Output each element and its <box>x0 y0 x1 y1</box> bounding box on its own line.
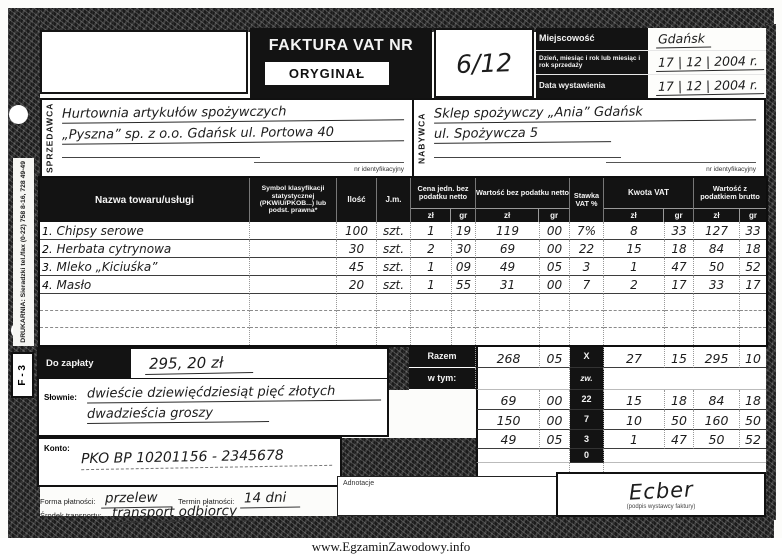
seller-id-line <box>254 162 404 163</box>
seller-section: SPRZEDAWCA Hurtownia artykułów spożywczy… <box>42 100 414 176</box>
item-price-gr: 30 <box>452 240 476 258</box>
item-net-gr: 00 <box>540 276 570 294</box>
item-net-gr: 00 <box>540 222 570 240</box>
words-line2: dwadzieścia groszy <box>87 405 269 424</box>
item-rate: 3 <box>570 258 604 276</box>
wtym-label: w tym: <box>409 368 476 390</box>
b22-vat-zl: 15 <box>604 390 665 410</box>
item-lp: 4. <box>42 279 53 292</box>
seller-id-label: nr identyfikacyjny <box>354 166 404 173</box>
copy-type-label: ORYGINAŁ <box>265 62 389 85</box>
item-gross-gr: 18 <box>740 240 766 258</box>
summary-rate3-row: 49 05 3 1 47 50 52 <box>409 430 766 449</box>
col-unit: J.m. <box>377 178 411 222</box>
signature-caption: (podpis wystawcy faktury) <box>627 504 696 510</box>
item-vat-zl: 15 <box>604 240 665 258</box>
words-label: Słownie: <box>44 393 77 402</box>
amount-due-value: 295, 20 zł <box>145 353 254 375</box>
col-net-gr: gr <box>539 209 569 222</box>
items-table-header: Nazwa towaru/usługi Symbol klasyfikacji … <box>40 178 766 222</box>
b7-rate: 7 <box>570 410 604 430</box>
wtym-net <box>476 368 570 390</box>
form-code-box: F - 3 <box>11 352 34 398</box>
item-gross-zl: 127 <box>694 222 740 240</box>
item-unit: szt. <box>377 258 411 276</box>
item-symbol <box>250 258 337 276</box>
wtym-rest <box>604 368 766 390</box>
col-name: Nazwa towaru/usługi <box>40 178 250 222</box>
notes-label: Adnotacje <box>343 480 374 487</box>
col-net-group: Wartość bez podatku netto zł gr <box>476 178 570 222</box>
transport-label: Środek transportu: <box>40 511 102 522</box>
buyer-line2: ul. Spożywcza 5 <box>434 125 611 144</box>
b3-gross-zl: 50 <box>694 430 740 449</box>
razem-vat-gr: 15 <box>665 345 694 368</box>
col-qty: Ilość <box>337 178 377 222</box>
item-price-zl: 1 <box>411 276 452 294</box>
col-price-zl: zł <box>411 209 451 222</box>
item-price-gr: 55 <box>452 276 476 294</box>
col-vat-group: Kwota VAT zł gr <box>604 178 694 222</box>
buyer-line1: Sklep spożywczy „Ania” Gdańsk <box>434 103 756 123</box>
invoice-title-box: FAKTURA VAT NR ORYGINAŁ <box>250 28 432 98</box>
item-vat-gr: 33 <box>665 222 694 240</box>
item-unit: szt. <box>377 276 411 294</box>
transport-value: transport odbiorcy <box>108 503 251 523</box>
item-qty: 100 <box>337 222 377 240</box>
razem-gross-zl: 295 <box>694 345 740 368</box>
watermark-text: www.EgzaminZawodowy.info <box>312 539 471 555</box>
seller-blank-line <box>62 147 260 158</box>
b22-gross-zl: 84 <box>694 390 740 410</box>
seller-line1: Hurtownia artykułów spożywczych <box>62 103 404 124</box>
item-row-2: 2.Herbata cytrynowa 30 szt. 2 30 69 00 2… <box>40 240 766 258</box>
parties-section: SPRZEDAWCA Hurtownia artykułów spożywczy… <box>40 98 766 178</box>
buyer-blank-line <box>434 147 621 158</box>
item-net-zl: 119 <box>476 222 540 240</box>
b7-gross-zl: 160 <box>694 410 740 430</box>
razem-net-zl: 268 <box>476 345 540 368</box>
item-gross-gr: 33 <box>740 222 766 240</box>
issue-date-value: 17 | 12 | 2004 r. <box>656 77 764 96</box>
item-net-zl: 49 <box>476 258 540 276</box>
buyer-section: NABYWCA Sklep spożywczy „Ania” Gdańsk ul… <box>414 100 764 176</box>
b3-net-zl: 49 <box>476 430 540 449</box>
item-vat-zl: 2 <box>604 276 665 294</box>
col-vat: Kwota VAT <box>604 178 693 208</box>
issuer-signature: Ecber <box>628 477 694 504</box>
meta-place-row: Miejscowość Gdańsk <box>536 28 766 51</box>
b0-rest <box>604 449 766 463</box>
b22-vat-gr: 18 <box>665 390 694 410</box>
razem-net-gr: 05 <box>540 345 570 368</box>
issue-date-label: Data wystawienia <box>536 75 648 98</box>
b22-rate: 22 <box>570 390 604 410</box>
buyer-id-line <box>606 162 756 163</box>
item-symbol <box>250 276 337 294</box>
b7-gross-gr: 50 <box>740 410 766 430</box>
b7-net-zl: 150 <box>476 410 540 430</box>
item-vat-gr: 17 <box>665 276 694 294</box>
item-row-empty <box>40 311 766 328</box>
razem-gross-gr: 10 <box>740 345 766 368</box>
col-rate: Stawka VAT % <box>570 178 604 222</box>
b3-gross-gr: 52 <box>740 430 766 449</box>
item-unit: szt. <box>377 240 411 258</box>
item-qty: 20 <box>337 276 377 294</box>
col-symbol: Symbol klasyfikacji statystycznej (PKWiU… <box>250 178 337 222</box>
razem-vat-zl: 27 <box>604 345 665 368</box>
b22-net-gr: 00 <box>540 390 570 410</box>
b3-net-gr: 05 <box>540 430 570 449</box>
col-gross-gr: gr <box>740 209 766 222</box>
item-gross-gr: 52 <box>740 258 766 276</box>
seller-line2: „Pyszna” sp. z o.o. Gdańsk ul. Portowa 4… <box>62 124 404 145</box>
item-lp: 1. <box>42 225 53 238</box>
x-label: X <box>570 345 604 368</box>
b7-net-gr: 00 <box>540 410 570 430</box>
summary-rate7-row: 150 00 7 10 50 160 50 <box>409 410 766 430</box>
item-row-3: 3.Mleko „Kiciuśka” 45 szt. 1 09 49 05 3 … <box>40 258 766 276</box>
b3-vat-gr: 47 <box>665 430 694 449</box>
item-price-zl: 1 <box>411 222 452 240</box>
b7-vat-gr: 50 <box>665 410 694 430</box>
item-symbol <box>250 240 337 258</box>
summary-razem-row: Razem 268 05 X 27 15 295 10 <box>409 345 766 368</box>
b3-vat-zl: 1 <box>604 430 665 449</box>
place-label: Miejscowość <box>536 28 648 50</box>
hole-punch <box>9 105 28 124</box>
amount-in-words: Słownie: dwieście dziewięćdziesiąt pięć … <box>39 385 387 443</box>
account-value: PKO BP 10201156 - 2345678 <box>81 447 332 470</box>
item-vat-gr: 18 <box>665 240 694 258</box>
item-price-zl: 1 <box>411 258 452 276</box>
signature-box: Ecber (podpis wystawcy faktury) <box>556 472 766 517</box>
col-net: Wartość bez podatku netto <box>476 178 569 208</box>
item-gross-zl: 84 <box>694 240 740 258</box>
item-name: Mleko „Kiciuśka” <box>57 260 158 274</box>
invoice-meta-box: Miejscowość Gdańsk Dzień, miesiąc i rok … <box>536 28 766 98</box>
transport-row: Środek transportu: transport odbiorcy <box>40 505 251 522</box>
amount-due-row: Do zapłaty 295, 20 zł <box>39 349 387 379</box>
meta-issue-date-row: Data wystawienia 17 | 12 | 2004 r. <box>536 75 766 98</box>
item-name: Chipsy serowe <box>57 224 144 238</box>
item-unit: szt. <box>377 222 411 240</box>
buyer-label: NABYWCA <box>414 100 429 176</box>
col-gross-group: Wartość z podatkiem brutto zł gr <box>694 178 766 222</box>
item-gross-gr: 17 <box>740 276 766 294</box>
invoice-number: 6/12 <box>455 48 512 79</box>
item-price-gr: 09 <box>452 258 476 276</box>
item-qty: 30 <box>337 240 377 258</box>
form-code-text: F - 3 <box>17 365 28 386</box>
item-price-gr: 19 <box>452 222 476 240</box>
item-rate: 7 <box>570 276 604 294</box>
col-price-group: Cena jedn. bez podatku netto zł gr <box>411 178 476 222</box>
item-vat-zl: 1 <box>604 258 665 276</box>
meta-sale-date-row: Dzień, miesiąc i rok lub miesiąc i rok s… <box>536 51 766 74</box>
scanned-invoice-page: DRUKARNIA: Sieradzki tel./fax (0-22) 758… <box>0 0 782 555</box>
razem-label: Razem <box>409 345 476 368</box>
col-vat-zl: zł <box>604 209 664 222</box>
summary-rate22-row: 69 00 22 15 18 84 18 <box>409 390 766 410</box>
item-rate: 7% <box>570 222 604 240</box>
col-gross: Wartość z podatkiem brutto <box>694 178 766 208</box>
account-box: Konto: PKO BP 10201156 - 2345678 <box>37 437 342 487</box>
b22-net-zl: 69 <box>476 390 540 410</box>
footer: www.EgzaminZawodowy.info <box>0 538 782 555</box>
b0-net <box>476 449 570 463</box>
summary-wtym-row: w tym: zw. <box>409 368 766 390</box>
account-label: Konto: <box>44 444 70 453</box>
amount-due-box: Do zapłaty 295, 20 zł Słownie: dwieście … <box>37 347 389 437</box>
invoice-title: FAKTURA VAT NR <box>269 37 413 55</box>
item-vat-zl: 8 <box>604 222 665 240</box>
item-lp: 3. <box>42 261 53 274</box>
item-row-empty <box>40 328 766 345</box>
printer-info-text: DRUKARNIA: Sieradzki tel./fax (0-22) 758… <box>20 161 27 343</box>
item-row-1: 1.Chipsy serowe 100 szt. 1 19 119 00 7% … <box>40 222 766 240</box>
item-row-4: 4.Masło 20 szt. 1 55 31 00 7 2 17 33 17 <box>40 276 766 294</box>
item-symbol <box>250 222 337 240</box>
items-table: Nazwa towaru/usługi Symbol klasyfikacji … <box>40 178 766 345</box>
item-net-gr: 00 <box>540 240 570 258</box>
item-vat-gr: 47 <box>665 258 694 276</box>
sale-date-label: Dzień, miesiąc i rok lub miesiąc i rok s… <box>536 51 648 73</box>
item-price-zl: 2 <box>411 240 452 258</box>
item-net-zl: 69 <box>476 240 540 258</box>
item-net-zl: 31 <box>476 276 540 294</box>
amount-due-label: Do zapłaty <box>39 349 131 378</box>
buyer-id-label: nr identyfikacyjny <box>706 166 756 173</box>
item-name: Herbata cytrynowa <box>57 242 172 256</box>
sale-date-value: 17 | 12 | 2004 r. <box>656 53 764 72</box>
col-gross-zl: zł <box>694 209 740 222</box>
item-lp: 2. <box>42 243 53 256</box>
item-qty: 45 <box>337 258 377 276</box>
invoice-number-box: 6/12 <box>434 28 534 98</box>
b7-vat-zl: 10 <box>604 410 665 430</box>
b3-rate: 3 <box>570 430 604 449</box>
b0-rate: 0 <box>570 449 604 463</box>
b22-gross-gr: 18 <box>740 390 766 410</box>
item-row-empty <box>40 294 766 311</box>
col-vat-gr: gr <box>664 209 693 222</box>
header-empty-box <box>40 30 248 94</box>
vat-summary: Razem 268 05 X 27 15 295 10 w tym: zw. 6… <box>409 345 766 476</box>
printer-info: DRUKARNIA: Sieradzki tel./fax (0-22) 758… <box>13 158 34 346</box>
col-net-zl: zł <box>476 209 539 222</box>
item-rate: 22 <box>570 240 604 258</box>
item-name: Masło <box>57 278 92 292</box>
item-gross-zl: 33 <box>694 276 740 294</box>
words-line1: dwieście dziewięćdziesiąt pięć złotych <box>87 383 381 403</box>
place-value: Gdańsk <box>656 30 711 48</box>
zw-label: zw. <box>570 368 604 390</box>
seller-label: SPRZEDAWCA <box>42 100 57 176</box>
item-gross-zl: 50 <box>694 258 740 276</box>
summary-rate0-row: 0 <box>409 449 766 463</box>
col-price: Cena jedn. bez podatku netto <box>411 178 475 208</box>
item-net-gr: 05 <box>540 258 570 276</box>
scan-noise-right <box>766 24 776 520</box>
col-price-gr: gr <box>451 209 475 222</box>
